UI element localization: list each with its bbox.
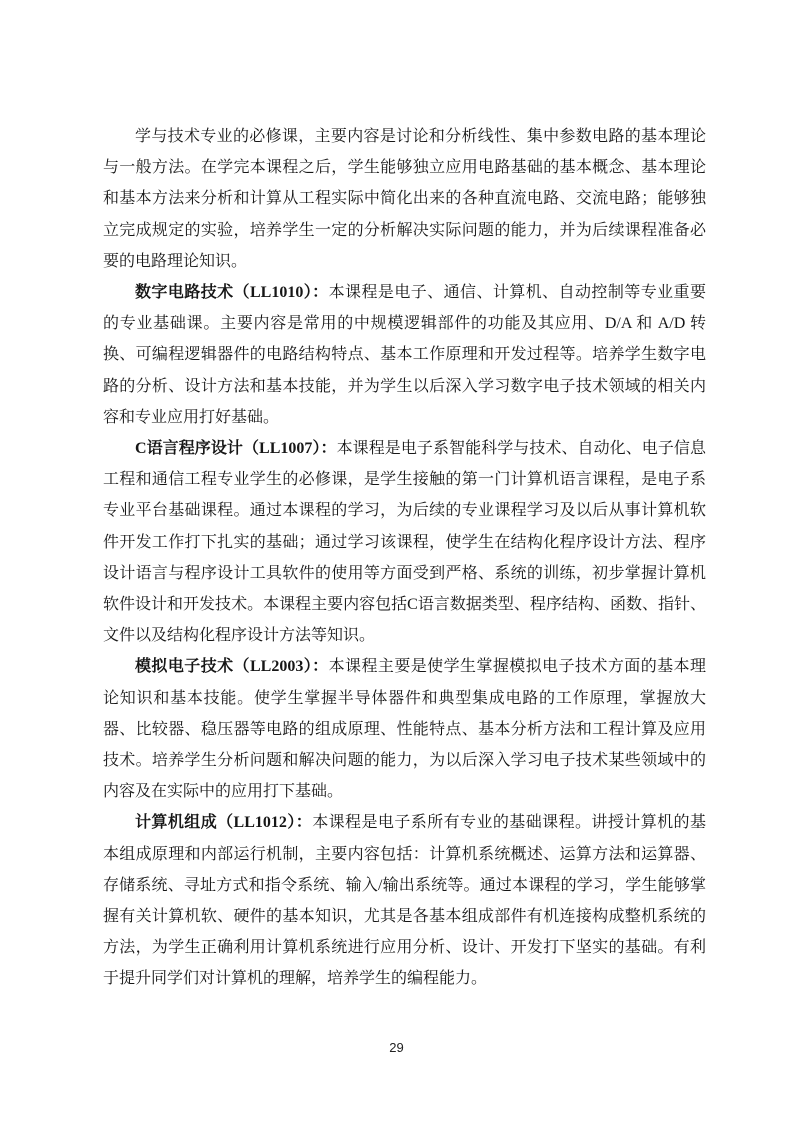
course-description: 学与技术专业的必修课，主要内容是讨论和分析线性、集中参数电路的基本理论与一般方法… bbox=[103, 128, 706, 270]
page-number: 29 bbox=[0, 1038, 793, 1058]
document-page: 学与技术专业的必修课，主要内容是讨论和分析线性、集中参数电路的基本理论与一般方法… bbox=[0, 0, 793, 1122]
paragraph-analog-electronics: 模拟电子技术（LL2003）：本课程主要是使学生掌握模拟电子技术方面的基本理论知… bbox=[103, 651, 706, 807]
course-description: 本课程是电子系智能科学与技术、自动化、电子信息工程和通信工程专业学生的必修课，是… bbox=[103, 440, 706, 644]
course-title: C语言程序设计（LL1007）： bbox=[135, 440, 337, 457]
paragraph-computer-organization: 计算机组成（LL1012）：本课程是电子系所有专业的基础课程。讲授计算机的基本组… bbox=[103, 807, 706, 994]
paragraph-circuit-course-continued: 学与技术专业的必修课，主要内容是讨论和分析线性、集中参数电路的基本理论与一般方法… bbox=[103, 121, 706, 277]
course-title: 数字电路技术（LL1010）： bbox=[135, 284, 329, 301]
course-title: 计算机组成（LL1012）： bbox=[135, 814, 312, 831]
paragraph-c-programming: C语言程序设计（LL1007）：本课程是电子系智能科学与技术、自动化、电子信息工… bbox=[103, 433, 706, 651]
course-title: 模拟电子技术（LL2003）： bbox=[135, 658, 329, 675]
page-body-text: 学与技术专业的必修课，主要内容是讨论和分析线性、集中参数电路的基本理论与一般方法… bbox=[103, 121, 706, 995]
course-description: 本课程主要是使学生掌握模拟电子技术方面的基本理论知识和基本技能。使学生掌握半导体… bbox=[103, 658, 706, 800]
course-description: 本课程是电子系所有专业的基础课程。讲授计算机的基本组成原理和内部运行机制，主要内… bbox=[103, 814, 706, 987]
course-description: 本课程是电子、通信、计算机、自动控制等专业重要的专业基础课。主要内容是常用的中规… bbox=[103, 284, 706, 426]
paragraph-digital-circuit-technology: 数字电路技术（LL1010）：本课程是电子、通信、计算机、自动控制等专业重要的专… bbox=[103, 277, 706, 433]
